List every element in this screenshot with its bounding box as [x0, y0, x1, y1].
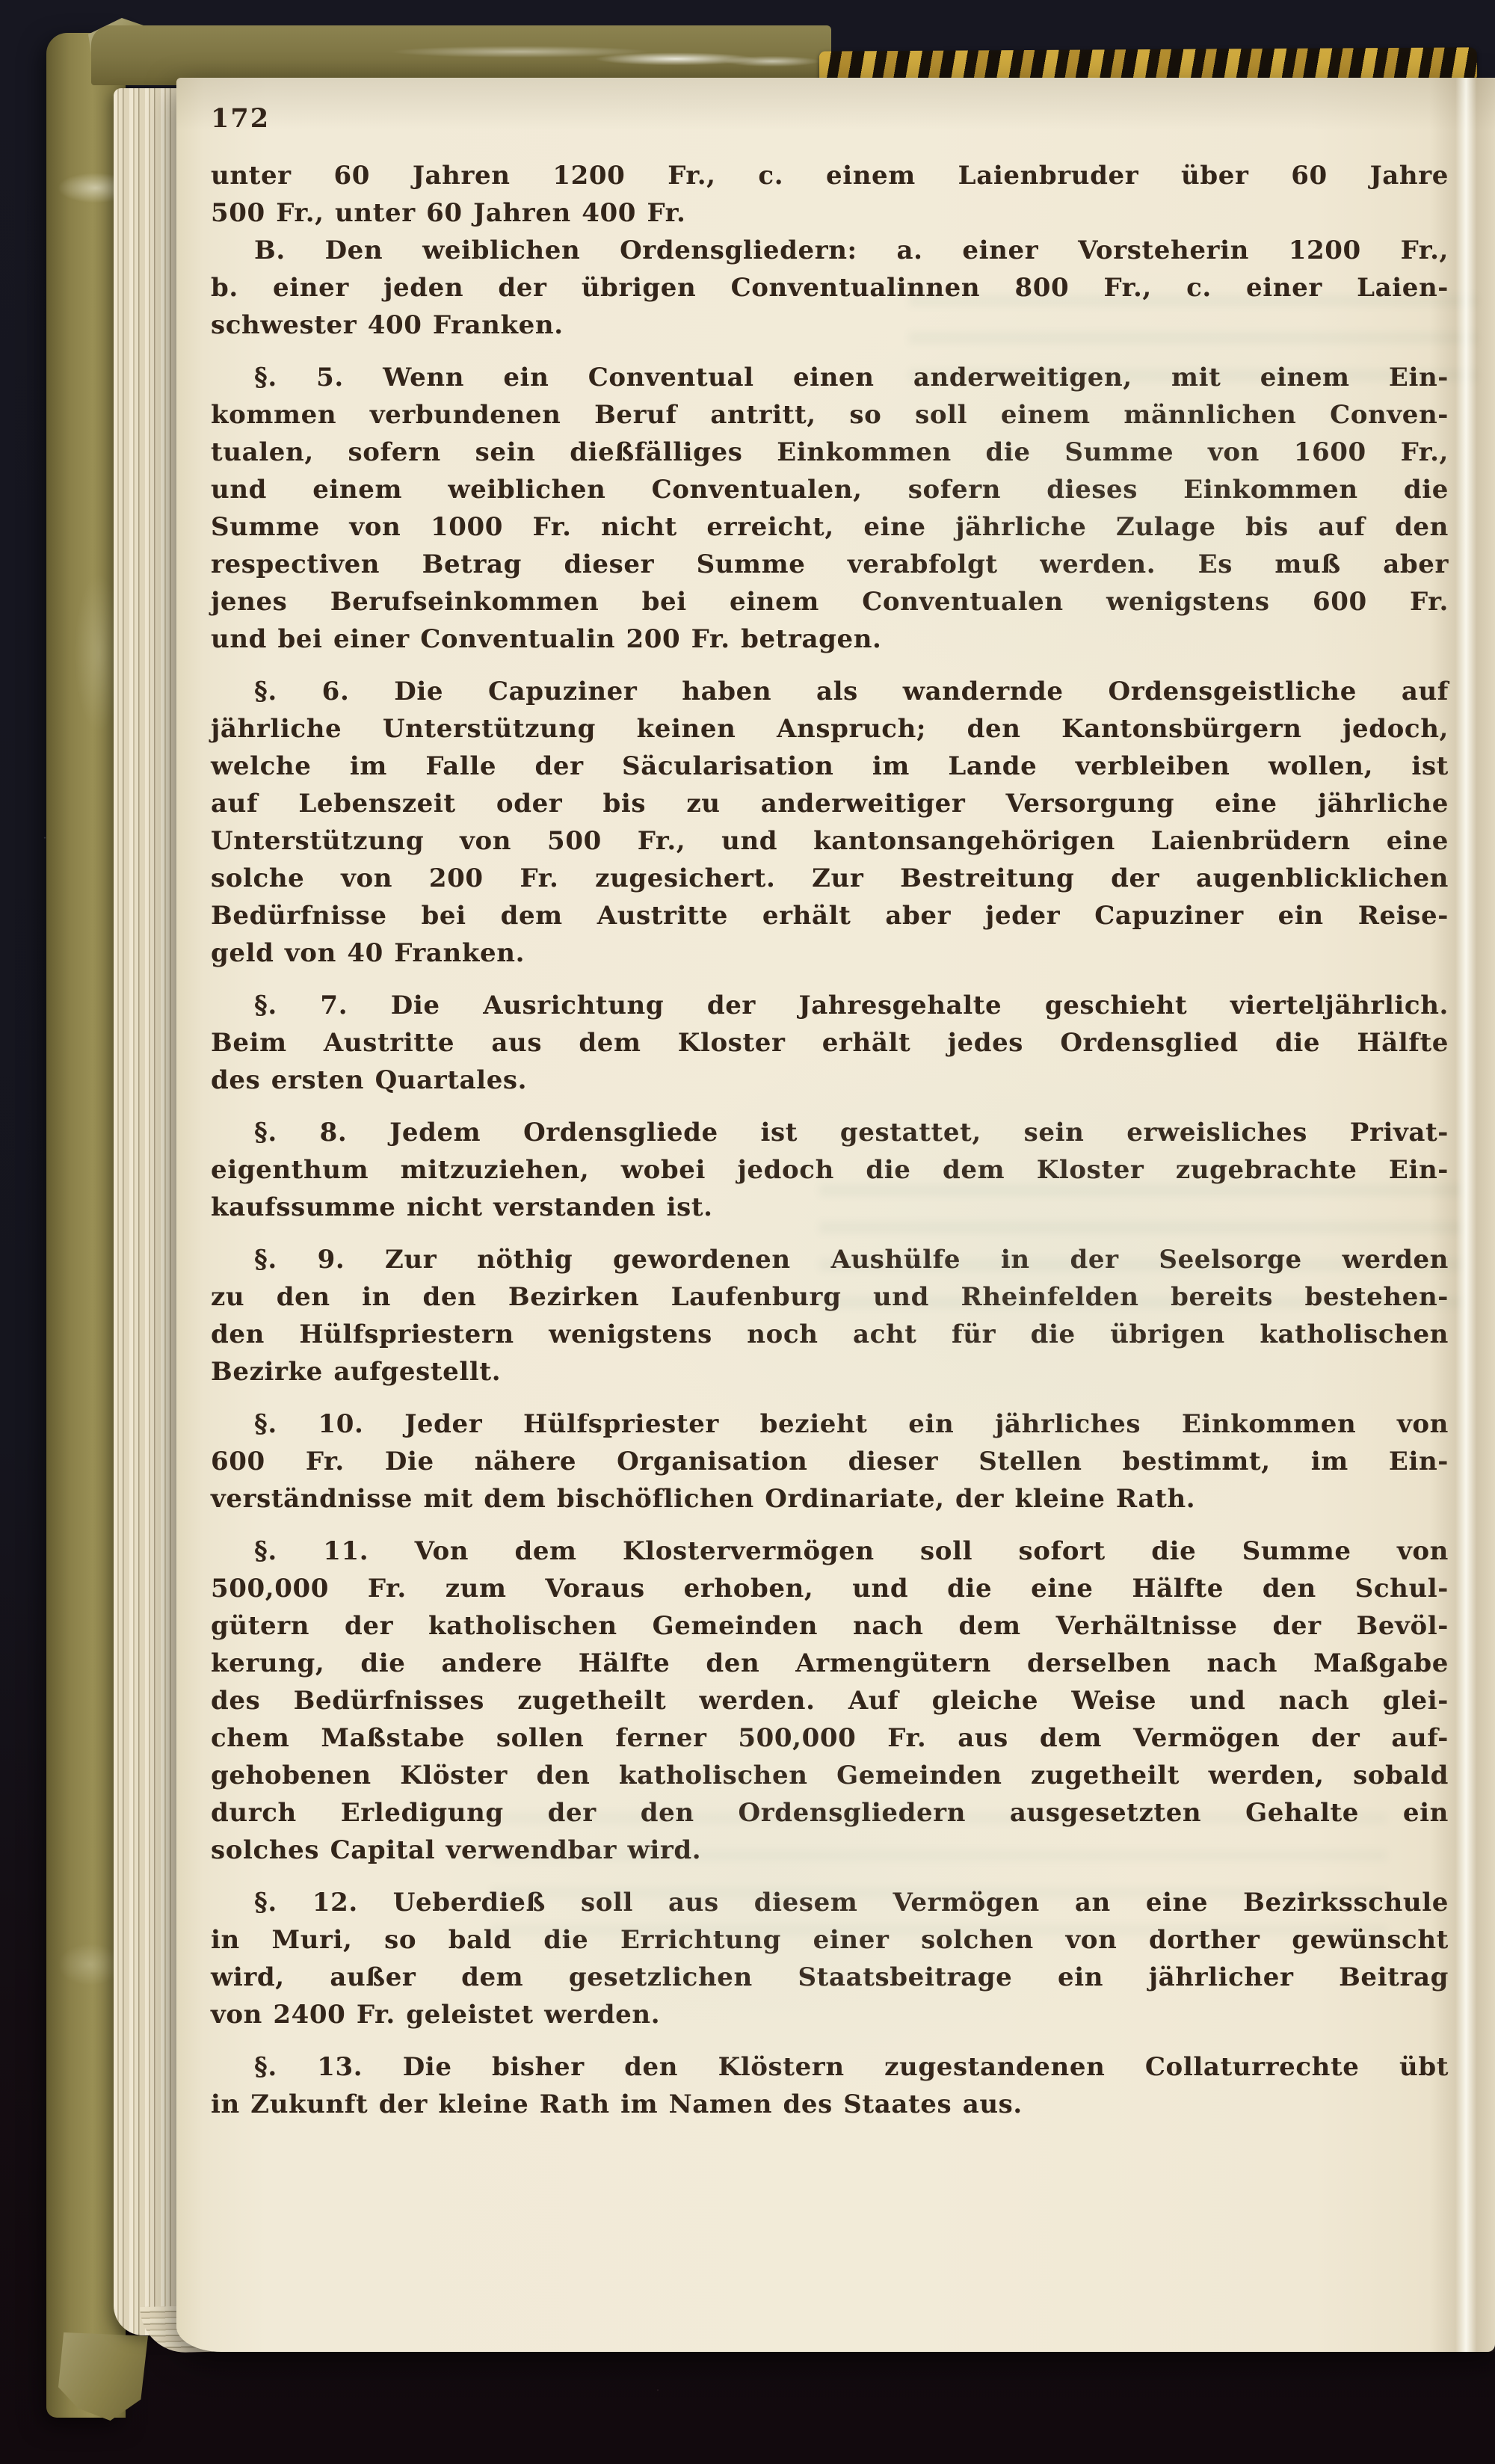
paragraph: unter 60 Jahren 1200 Fr., c. einem Laien…	[211, 157, 1449, 232]
text-line: §. 6. Die Capuziner haben als wandernde …	[211, 673, 1449, 710]
text-line: 600 Fr. Die nähere Organisation dieser S…	[211, 1443, 1449, 1480]
text-line: kerung, die andere Hälfte den Armengüter…	[211, 1645, 1449, 1682]
text-line: respectiven Betrag dieser Summe verabfol…	[211, 546, 1449, 583]
text-line: gütern der katholischen Gemeinden nach d…	[211, 1607, 1449, 1645]
text-line: §. 12. Ueberdieß soll aus diesem Vermöge…	[211, 1884, 1449, 1921]
text-line: des Bedürfnisses zugetheilt werden. Auf …	[211, 1682, 1449, 1719]
text-line: gehobenen Klöster den katholischen Gemei…	[211, 1757, 1449, 1794]
text-line: 500,000 Fr. zum Voraus erhoben, und die …	[211, 1570, 1449, 1607]
text-line: von 2400 Fr. geleistet werden.	[211, 1996, 1449, 2033]
text-line: geld von 40 Franken.	[211, 934, 1449, 972]
text-line: §. 10. Jeder Hülfspriester bezieht ein j…	[211, 1405, 1449, 1443]
page-fold-edge	[1429, 78, 1495, 2352]
text-line: chem Maßstabe sollen ferner 500,000 Fr. …	[211, 1719, 1449, 1757]
text-line: b. einer jeden der übrigen Conventualinn…	[211, 269, 1449, 307]
paragraph: §. 6. Die Capuziner haben als wandernde …	[211, 673, 1449, 972]
text-line: Bedürfnisse bei dem Austritte erhält abe…	[211, 897, 1449, 934]
paragraph: §. 12. Ueberdieß soll aus diesem Vermöge…	[211, 1884, 1449, 2033]
paragraph: B. Den weiblichen Ordensgliedern: a. ein…	[211, 232, 1449, 344]
text-line: zu den in den Bezirken Laufenburg und Rh…	[211, 1278, 1449, 1316]
text-line: solches Capital verwendbar wird.	[211, 1832, 1449, 1869]
text-line: schwester 400 Franken.	[211, 307, 1449, 344]
paragraph: §. 9. Zur nöthig gewordenen Aushülfe in …	[211, 1241, 1449, 1390]
text-line: Unterstützung von 500 Fr., und kantonsan…	[211, 822, 1449, 860]
text-line: den Hülfspriestern wenigstens noch acht …	[211, 1316, 1449, 1353]
text-line: wird, außer dem gesetzlichen Staatsbeitr…	[211, 1959, 1449, 1996]
text-line: solche von 200 Fr. zugesichert. Zur Best…	[211, 860, 1449, 897]
text-line: B. Den weiblichen Ordensgliedern: a. ein…	[211, 232, 1449, 269]
paragraph: §. 13. Die bisher den Klöstern zugestand…	[211, 2048, 1449, 2123]
paragraph: §. 8. Jedem Ordensgliede ist gestattet, …	[211, 1114, 1449, 1226]
text-line: Bezirke aufgestellt.	[211, 1353, 1449, 1390]
text-line: §. 7. Die Ausrichtung der Jahresgehalte …	[211, 987, 1449, 1024]
text-line: auf Lebenszeit oder bis zu anderweitiger…	[211, 785, 1449, 822]
book-top-board-edge	[91, 25, 831, 85]
text-line: eigenthum mitzuziehen, wobei jedoch die …	[211, 1151, 1449, 1189]
text-line: unter 60 Jahren 1200 Fr., c. einem Laien…	[211, 157, 1449, 194]
paragraph: §. 10. Jeder Hülfspriester bezieht ein j…	[211, 1405, 1449, 1518]
text-line: in Muri, so bald die Errichtung einer so…	[211, 1921, 1449, 1959]
text-line: verständnisse mit dem bischöflichen Ordi…	[211, 1480, 1449, 1518]
book-page: 172 unter 60 Jahren 1200 Fr., c. einem L…	[176, 78, 1495, 2352]
text-line: Beim Austritte aus dem Kloster erhält je…	[211, 1024, 1449, 1062]
text-block: unter 60 Jahren 1200 Fr., c. einem Laien…	[211, 157, 1449, 2123]
paragraph: §. 7. Die Ausrichtung der Jahresgehalte …	[211, 987, 1449, 1099]
text-line: §. 11. Von dem Klostervermögen soll sofo…	[211, 1533, 1449, 1570]
text-line: §. 5. Wenn ein Conventual einen anderwei…	[211, 359, 1449, 396]
text-line: jenes Berufseinkommen bei einem Conventu…	[211, 583, 1449, 620]
paragraph: §. 5. Wenn ein Conventual einen anderwei…	[211, 359, 1449, 658]
text-line: in Zukunft der kleine Rath im Namen des …	[211, 2086, 1449, 2123]
text-line: §. 9. Zur nöthig gewordenen Aushülfe in …	[211, 1241, 1449, 1278]
text-line: §. 8. Jedem Ordensgliede ist gestattet, …	[211, 1114, 1449, 1151]
page-stack-edges	[114, 88, 182, 2335]
text-line: durch Erledigung der den Ordensgliedern …	[211, 1794, 1449, 1832]
text-line: §. 13. Die bisher den Klöstern zugestand…	[211, 2048, 1449, 2086]
text-line: Summe von 1000 Fr. nicht erreicht, eine …	[211, 508, 1449, 546]
photo-background: 172 unter 60 Jahren 1200 Fr., c. einem L…	[0, 0, 1495, 2464]
text-line: jährliche Unterstützung keinen Anspruch;…	[211, 710, 1449, 748]
text-line: kaufssumme nicht verstanden ist.	[211, 1189, 1449, 1226]
paragraph: §. 11. Von dem Klostervermögen soll sofo…	[211, 1533, 1449, 1869]
text-line: 500 Fr., unter 60 Jahren 400 Fr.	[211, 194, 1449, 232]
page-number: 172	[211, 103, 270, 134]
text-line: kommen verbundenen Beruf antritt, so sol…	[211, 396, 1449, 434]
text-line: und bei einer Conventualin 200 Fr. betra…	[211, 620, 1449, 658]
text-line: tualen, sofern sein dießfälliges Einkomm…	[211, 434, 1449, 471]
text-line: und einem weiblichen Conventualen, sofer…	[211, 471, 1449, 508]
text-line: welche im Falle der Säcularisation im La…	[211, 748, 1449, 785]
text-line: des ersten Quartales.	[211, 1062, 1449, 1099]
